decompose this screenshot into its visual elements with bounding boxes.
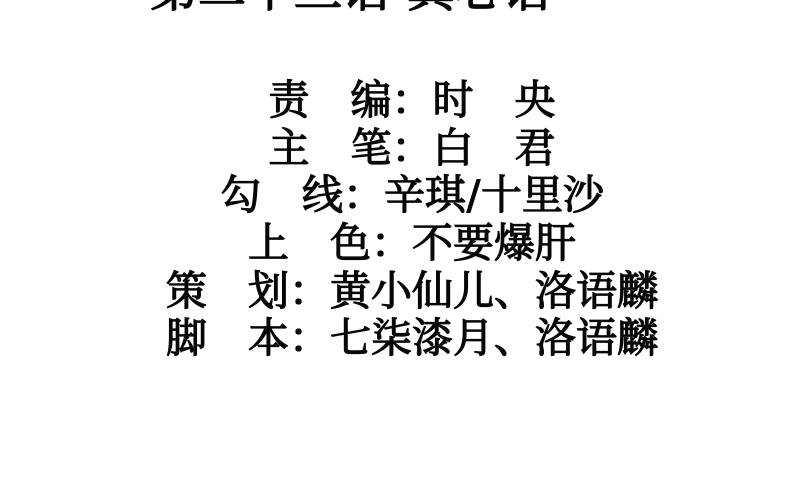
credits-page: 第二十三话 真心话 责 编：时 央 主 笔：白 君 勾 线：辛琪/十里沙 上 色… xyxy=(0,0,800,490)
chapter-title-clipped: 第二十三话 真心话 xyxy=(150,0,551,20)
credit-line-lineart: 勾 线：辛琪/十里沙 xyxy=(12,172,800,220)
credits-block: 责 编：时 央 主 笔：白 君 勾 线：辛琪/十里沙 上 色：不要爆肝 策 划：… xyxy=(12,77,800,363)
credit-role: 责 编 xyxy=(269,76,392,124)
credit-value: 黄小仙儿、洛语麟 xyxy=(330,267,658,315)
credit-value: 七柒漆月、洛语麟 xyxy=(330,314,658,362)
credit-value: 辛琪/十里沙 xyxy=(384,171,604,219)
credit-value: 时 央 xyxy=(433,76,556,124)
credit-role: 脚 本 xyxy=(166,314,289,362)
credit-line-coloring: 上 色：不要爆肝 xyxy=(12,220,800,268)
credit-value: 不要爆肝 xyxy=(412,219,576,267)
credit-colon: ： xyxy=(343,171,384,219)
credit-colon: ： xyxy=(371,219,412,267)
credit-role: 勾 线 xyxy=(220,171,343,219)
credit-colon: ： xyxy=(392,76,433,124)
credit-line-script: 脚 本：七柒漆月、洛语麟 xyxy=(12,315,800,363)
credit-role: 策 划 xyxy=(166,267,289,315)
credit-colon: ： xyxy=(289,314,330,362)
credit-role: 主 笔 xyxy=(269,124,392,172)
credit-colon: ： xyxy=(289,267,330,315)
credit-line-editor: 责 编：时 央 xyxy=(12,77,800,125)
credit-line-lead-artist: 主 笔：白 君 xyxy=(12,125,800,173)
credit-colon: ： xyxy=(392,124,433,172)
credit-role: 上 色 xyxy=(248,219,371,267)
credit-value: 白 君 xyxy=(433,124,556,172)
credit-line-planning: 策 划：黄小仙儿、洛语麟 xyxy=(12,268,800,316)
